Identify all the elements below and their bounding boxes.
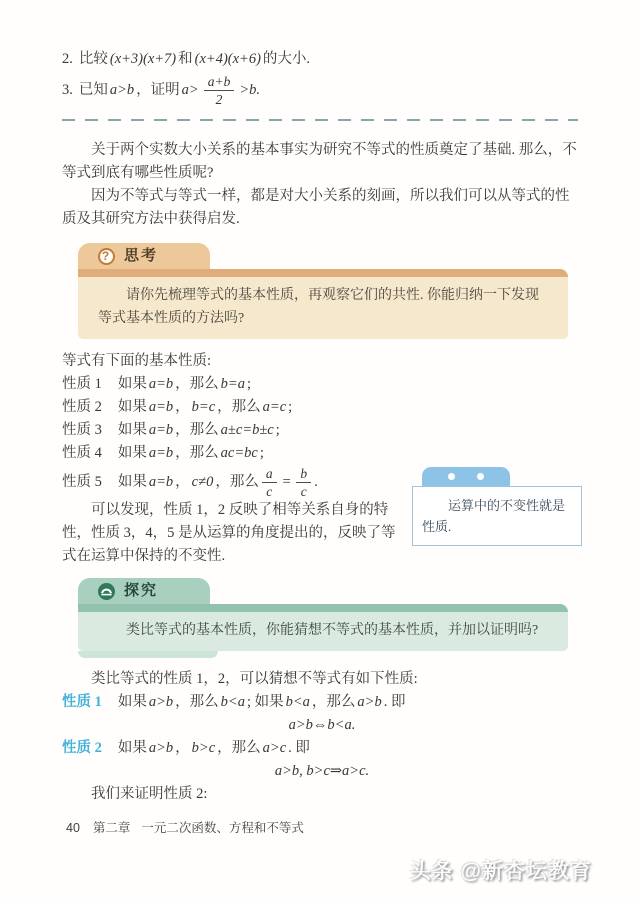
math-expression: b<a [284, 694, 312, 710]
math-expression: (x+4)(x+6) [193, 51, 263, 67]
math-expression: a>b [147, 740, 175, 756]
math-expression: a>b [355, 694, 383, 710]
fraction-denominator: 2 [216, 91, 223, 107]
page-content: 2.比较(x+3)(x+7)和(x+4)(x+6)的大小. 3.已知a>b，证明… [0, 0, 640, 806]
margin-note-tab [422, 467, 510, 486]
property-text: ; [276, 422, 280, 438]
math-expression: a=b [147, 445, 175, 461]
property-label: 性质 1 [62, 373, 102, 396]
equality-property-1: 性质 1如果a=b，那么b=a; [62, 373, 582, 396]
property-text: ，那么 [175, 422, 219, 438]
property-text: ; [288, 399, 292, 415]
explore-box-band [78, 604, 568, 612]
property-text: ，那么 [175, 694, 219, 710]
inequality-intro: 类比等式的性质 1，2，可以猜想不等式有如下性质: [62, 668, 582, 691]
property-text: . 即 [288, 740, 310, 756]
property-text: . 即 [384, 694, 406, 710]
fraction-numerator: b [296, 466, 311, 483]
explore-box-footer-tab [78, 651, 218, 658]
fraction-denominator: c [301, 483, 307, 499]
exercise-item-2: 2.比较(x+3)(x+7)和(x+4)(x+6)的大小. [62, 48, 582, 71]
math-expression: b>c [190, 740, 217, 756]
exercise-text: ，证明 [136, 79, 180, 102]
watermark: 头条 @新杏坛教育 [410, 855, 592, 885]
math-expression: a>b [108, 79, 136, 102]
math-expression: a=b [147, 474, 175, 490]
margin-note-box: 运算中的不变性就是性质. [412, 467, 582, 546]
property-label-cyan: 性质 1 [62, 691, 102, 714]
dashed-section-divider [62, 119, 578, 121]
closing-line: 我们来证明性质 2: [62, 783, 582, 806]
property-label-cyan: 性质 2 [62, 737, 102, 760]
property-text: 如果 [118, 694, 147, 710]
equality-props-intro: 等式有下面的基本性质: [62, 350, 582, 373]
inequality-property-1: 性质 1如果a>b，那么b<a; 如果b<a，那么a>b. 即 [62, 691, 582, 714]
exercise-text: 已知 [79, 79, 108, 102]
fraction: a+b2 [204, 74, 235, 107]
explore-box: 探究 类比等式的基本性质，你能猜想不等式的基本性质，并加以证明吗? [78, 578, 568, 658]
property-text: . [314, 474, 318, 490]
property-text: 如果 [118, 399, 147, 415]
math-expression: b=a [219, 376, 247, 392]
page-footer: 40 第二章 一元二次函数、方程和不等式 [66, 818, 304, 836]
exercise-text: 和 [178, 51, 193, 67]
property-text: ，那么 [175, 445, 219, 461]
centered-formula-1: a>b⇔b<a. [62, 714, 582, 737]
explore-box-title: 探究 [124, 580, 158, 603]
fraction: bc [296, 466, 311, 499]
fraction-numerator: a+b [204, 74, 235, 91]
math-expression: a=b [147, 376, 175, 392]
property-text: 如果 [118, 422, 147, 438]
note-dot-icon [448, 473, 455, 480]
intro-paragraph-2: 因为不等式与等式一样，都是对大小关系的刻画，所以我们可以从等式的性质及其研究方法… [62, 185, 582, 231]
math-expression: b<a [219, 694, 247, 710]
property-text: 如果 [118, 376, 147, 392]
inequality-property-2: 性质 2如果a>b，b>c，那么a>c. 即 [62, 737, 582, 760]
property-text: ，那么 [217, 740, 261, 756]
equality-property-2: 性质 2如果a=b，b=c，那么a=c; [62, 396, 582, 419]
explore-arch-icon [98, 583, 115, 600]
math-expression: a=b [147, 422, 175, 438]
property-text: 如果 [118, 445, 147, 461]
question-mark-icon: ? [98, 248, 115, 265]
property-text: ; [260, 445, 264, 461]
margin-note-text: 运算中的不变性就是性质. [412, 486, 582, 546]
math-expression: = [280, 474, 294, 490]
math-expression: a>c [261, 740, 288, 756]
equality-property-3: 性质 3如果a=b，那么a±c=b±c; [62, 419, 582, 442]
math-expression: (x+3)(x+7) [108, 51, 178, 67]
math-expression: a> [180, 79, 201, 102]
property-label: 性质 4 [62, 442, 102, 465]
explore-box-tab: 探究 [78, 578, 210, 604]
math-expression: a±c=b±c [219, 422, 276, 438]
think-box-title: 思考 [124, 245, 158, 268]
fraction-numerator: a [262, 466, 277, 483]
exercise-text: 的大小. [263, 51, 310, 67]
math-expression: a=c [261, 399, 288, 415]
chapter-label: 第二章 [93, 818, 131, 836]
exercise-item-3: 3.已知a>b，证明a>a+b2>b. [62, 71, 582, 109]
think-box: ? 思考 请你先梳理等式的基本性质，再观察它们的共性. 你能归纳一下发现等式基本… [78, 243, 568, 339]
math-expression: b=c [190, 399, 217, 415]
math-expression: ac=bc [219, 445, 260, 461]
property-text: ，那么 [217, 399, 261, 415]
exercise-number: 3. [62, 79, 73, 102]
property-text: ， [175, 474, 190, 490]
equality-property-4: 性质 4如果a=b，那么ac=bc; [62, 442, 582, 465]
math-expression: a>b [147, 694, 175, 710]
property-label: 性质 3 [62, 419, 102, 442]
property-label: 性质 2 [62, 396, 102, 419]
fraction-denominator: c [266, 483, 272, 499]
property5-and-discussion: 运算中的不变性就是性质. 性质 5如果a=b，c≠0，那么ac=bc. 可以发现… [62, 465, 582, 568]
property-text: ，那么 [215, 474, 259, 490]
math-expression: a=b [147, 399, 175, 415]
fraction: ac [262, 466, 277, 499]
property-text: 如果 [118, 474, 147, 490]
explore-box-body: 类比等式的基本性质，你能猜想不等式的基本性质，并加以证明吗? [78, 612, 568, 651]
property-text: ，那么 [312, 694, 356, 710]
property-text: ，那么 [175, 376, 219, 392]
math-expression: >b. [237, 79, 262, 102]
property-label: 性质 5 [62, 465, 102, 499]
property-text: ， [175, 740, 190, 756]
think-box-body: 请你先梳理等式的基本性质，再观察它们的共性. 你能归纳一下发现等式基本性质的方法… [78, 277, 568, 339]
property-text: ， [175, 399, 190, 415]
think-box-band [78, 269, 568, 277]
page-number: 40 [66, 821, 80, 835]
note-dot-icon [477, 473, 484, 480]
exercise-number: 2. [62, 51, 73, 67]
intro-paragraph-1: 关于两个实数大小关系的基本事实为研究不等式的性质奠定了基础. 那么，不等式到底有… [62, 139, 582, 185]
property-text: ; 如果 [247, 694, 284, 710]
think-box-tab: ? 思考 [78, 243, 210, 269]
centered-formula-2: a>b, b>c⇒a>c. [62, 760, 582, 783]
property-text: 如果 [118, 740, 147, 756]
math-expression: c≠0 [190, 474, 216, 490]
chapter-title: 一元二次函数、方程和不等式 [141, 818, 304, 836]
property-text: ; [247, 376, 251, 392]
exercise-text: 比较 [79, 51, 108, 67]
